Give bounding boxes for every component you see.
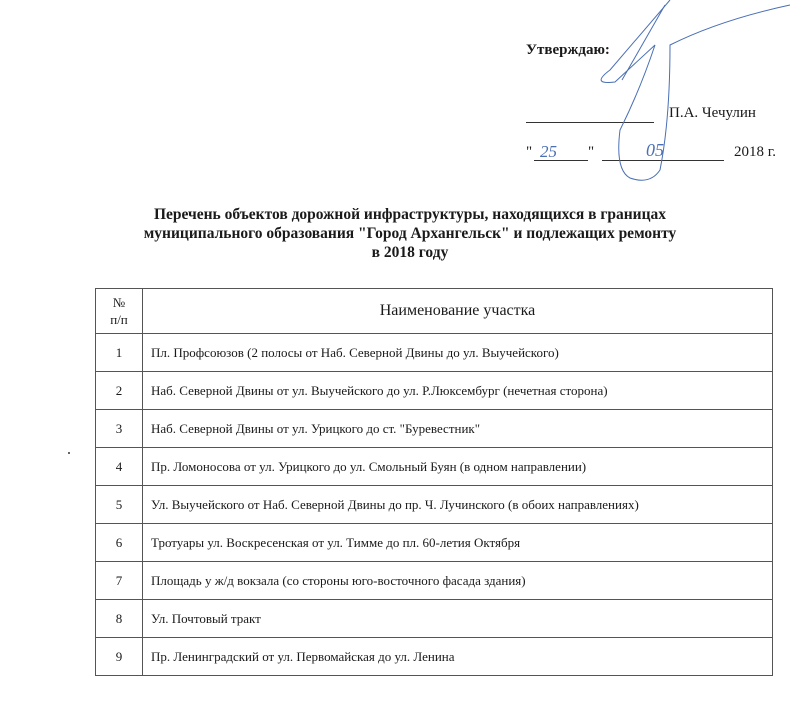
table-row: 6 Тротуары ул. Воскресенская от ул. Тимм…: [96, 524, 773, 562]
table-row: 5 Ул. Выучейского от Наб. Северной Двины…: [96, 486, 773, 524]
row-number: 1: [96, 334, 143, 372]
approval-label: Утверждаю:: [526, 42, 610, 59]
row-number: 5: [96, 486, 143, 524]
table-row: 1 Пл. Профсоюзов (2 полосы от Наб. Север…: [96, 334, 773, 372]
title-line-2: муниципального образования "Город Арханг…: [100, 224, 720, 243]
header-number-symbol: №: [104, 294, 134, 311]
row-number: 9: [96, 638, 143, 676]
table-row: 2 Наб. Северной Двины от ул. Выучейского…: [96, 372, 773, 410]
signature-line: [526, 122, 654, 123]
table-row: 4 Пр. Ломоносова от ул. Урицкого до ул. …: [96, 448, 773, 486]
signer-name: П.А. Чечулин: [669, 105, 756, 122]
approval-date: " 25 " 05 2018 г.: [526, 144, 796, 166]
row-name: Ул. Выучейского от Наб. Северной Двины д…: [143, 486, 773, 524]
date-year: 2018 г.: [734, 144, 776, 161]
header-number-abbr: п/п: [104, 311, 134, 328]
table-row: 9 Пр. Ленинградский от ул. Первомайская …: [96, 638, 773, 676]
row-name: Пр. Ленинградский от ул. Первомайская до…: [143, 638, 773, 676]
row-number: 8: [96, 600, 143, 638]
scan-artifact: [68, 452, 70, 454]
road-objects-table: № п/п Наименование участка 1 Пл. Профсою…: [95, 288, 773, 676]
handwritten-signature-icon: [560, 0, 800, 200]
table-row: 3 Наб. Северной Двины от ул. Урицкого до…: [96, 410, 773, 448]
row-number: 3: [96, 410, 143, 448]
header-name: Наименование участка: [143, 289, 773, 334]
table-row: 8 Ул. Почтовый тракт: [96, 600, 773, 638]
row-name: Пл. Профсоюзов (2 полосы от Наб. Северно…: [143, 334, 773, 372]
date-day: 25: [540, 142, 557, 162]
row-name: Наб. Северной Двины от ул. Урицкого до с…: [143, 410, 773, 448]
row-name: Пр. Ломоносова от ул. Урицкого до ул. См…: [143, 448, 773, 486]
row-name: Ул. Почтовый тракт: [143, 600, 773, 638]
table-row: 7 Площадь у ж/д вокзала (со стороны юго-…: [96, 562, 773, 600]
header-number: № п/п: [96, 289, 143, 334]
row-number: 7: [96, 562, 143, 600]
table-header-row: № п/п Наименование участка: [96, 289, 773, 334]
title-line-3: в 2018 году: [100, 243, 720, 262]
row-name: Тротуары ул. Воскресенская от ул. Тимме …: [143, 524, 773, 562]
row-name: Наб. Северной Двины от ул. Выучейского д…: [143, 372, 773, 410]
date-month: 05: [646, 140, 664, 161]
quote-close: ": [588, 144, 594, 161]
row-number: 4: [96, 448, 143, 486]
quote-open: ": [526, 144, 532, 161]
row-number: 2: [96, 372, 143, 410]
row-name: Площадь у ж/д вокзала (со стороны юго-во…: [143, 562, 773, 600]
document-title: Перечень объектов дорожной инфраструктур…: [100, 205, 720, 262]
title-line-1: Перечень объектов дорожной инфраструктур…: [100, 205, 720, 224]
row-number: 6: [96, 524, 143, 562]
